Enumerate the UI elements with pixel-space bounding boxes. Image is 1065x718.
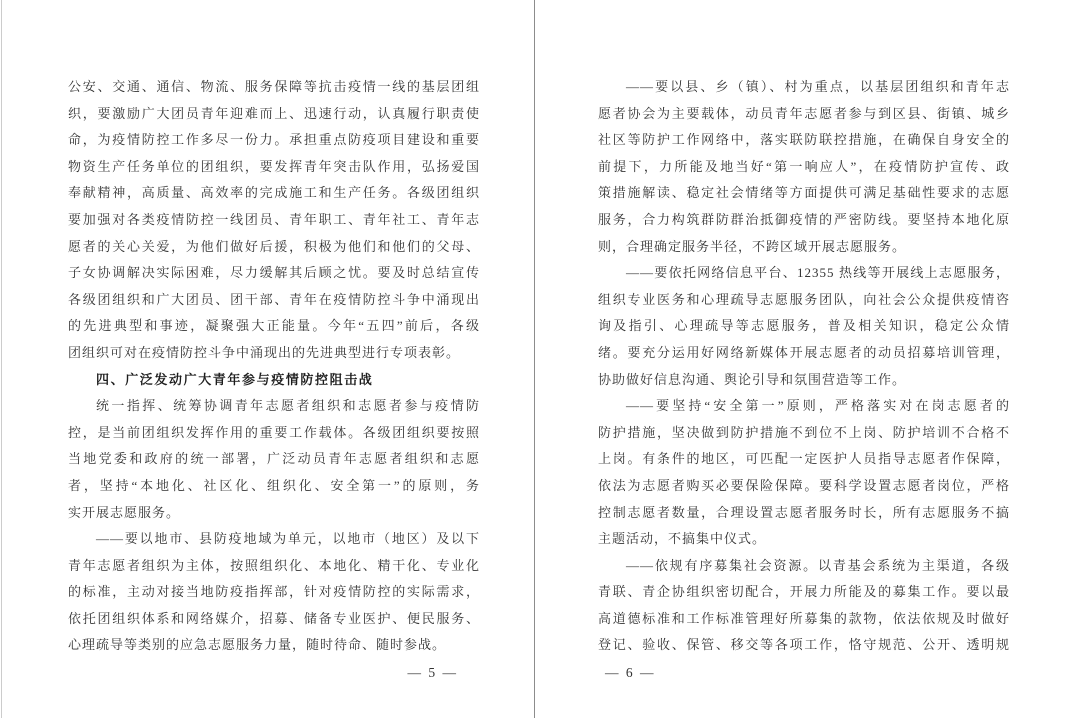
text-line: 控制志愿者数量，合理设置志愿者服务时长，所有志愿服务不搞 bbox=[598, 500, 1010, 527]
text-line: ——依规有序募集社会资源。以青基会系统为主渠道，各级 bbox=[598, 553, 1010, 580]
text-line: 防护措施，坚决做到防护措施不到位不上岗、防护培训不合格不 bbox=[598, 420, 1010, 447]
text-line: 上岗。有条件的地区，可匹配一定医护人员指导志愿者作保障， bbox=[598, 446, 1010, 473]
text-line: 团组织可对在疫情防控斗争中涌现出的先进典型进行专项表彰。 bbox=[68, 340, 480, 367]
scanned-document-spread: { "theme": { "paper": "#ffffff", "ink": … bbox=[0, 0, 1065, 718]
page-number: — 6 — bbox=[598, 660, 1010, 687]
text-line: 子女协调解决实际困难，尽力缓解其后顾之忧。要及时总结宣传 bbox=[68, 260, 480, 287]
text-line: 高道德标准和工作标准管理好所募集的款物，依法依规及时做好 bbox=[598, 606, 1010, 633]
page-6: ——要以县、乡（镇）、村为重点，以基层团组织和青年志愿者协会为主要载体，动员青年… bbox=[598, 0, 1010, 687]
page-5-body: 公安、交通、通信、物流、服务保障等抗击疫情一线的基层团组织，要激励广大团员青年迎… bbox=[68, 74, 480, 659]
page-number: — 5 — bbox=[68, 660, 480, 687]
text-line: ——要以地市、县防疫地域为单元，以地市（地区）及以下 bbox=[68, 526, 480, 553]
text-line: 青联、青企协组织密切配合，开展力所能及的募集工作。要以最 bbox=[598, 579, 1010, 606]
text-line: 控，是当前团组织发挥作用的重要工作载体。各级团组织要按照 bbox=[68, 420, 480, 447]
text-line: 公安、交通、通信、物流、服务保障等抗击疫情一线的基层团组 bbox=[68, 74, 480, 101]
text-line: 当地党委和政府的统一部署，广泛动员青年志愿者组织和志愿 bbox=[68, 446, 480, 473]
text-line: 命，为疫情防控工作多尽一份力。承担重点防疫项目建设和重要 bbox=[68, 127, 480, 154]
text-line: 愿者的关心关爱，为他们做好后援，积极为他们和他们的父母、 bbox=[68, 234, 480, 261]
text-line: 各级团组织和广大团员、团干部、青年在疫情防控斗争中涌现出 bbox=[68, 287, 480, 314]
text-line: 协助做好信息沟通、舆论引导和氛围营造等工作。 bbox=[598, 367, 1010, 394]
text-line: 的标准，主动对接当地防疫指挥部，针对疫情防控的实际需求， bbox=[68, 579, 480, 606]
text-line: 织，要激励广大团员青年迎难而上、迅速行动，认真履行职责使 bbox=[68, 101, 480, 128]
text-line: ——要坚持“安全第一”原则，严格落实对在岗志愿者的 bbox=[598, 393, 1010, 420]
text-line: 前提下，力所能及地当好“第一响应人”，在疫情防护宣传、政 bbox=[598, 154, 1010, 181]
text-line: 依托团组织体系和网络媒介，招募、储备专业医护、便民服务、 bbox=[68, 606, 480, 633]
page-divider-line bbox=[534, 0, 535, 718]
scan-left-edge-line bbox=[1, 0, 2, 718]
text-line: 社区等防护工作网络中，落实联防联控措施，在确保自身安全的 bbox=[598, 127, 1010, 154]
text-line: 者，坚持“本地化、社区化、组织化、安全第一”的原则，务 bbox=[68, 473, 480, 500]
text-line: ——要依托网络信息平台、12355 热线等开展线上志愿服务， bbox=[598, 260, 1010, 287]
text-line: 策措施解读、稳定社会情绪等方面提供可满足基础性要求的志愿 bbox=[598, 180, 1010, 207]
text-line: 的先进典型和事迹，凝聚强大正能量。今年“五四”前后，各级 bbox=[68, 313, 480, 340]
text-line: 实开展志愿服务。 bbox=[68, 500, 480, 527]
text-line: 则，合理确定服务半径，不跨区域开展志愿服务。 bbox=[598, 234, 1010, 261]
text-line: 服务，合力构筑群防群治抵御疫情的严密防线。要坚持本地化原 bbox=[598, 207, 1010, 234]
text-line: 要加强对各类疫情防控一线团员、青年职工、青年社工、青年志 bbox=[68, 207, 480, 234]
text-line: 组织专业医务和心理疏导志愿服务团队，向社会公众提供疫情咨 bbox=[598, 287, 1010, 314]
page-5: 公安、交通、通信、物流、服务保障等抗击疫情一线的基层团组织，要激励广大团员青年迎… bbox=[68, 0, 480, 687]
text-line: 统一指挥、统筹协调青年志愿者组织和志愿者参与疫情防 bbox=[68, 393, 480, 420]
page-6-body: ——要以县、乡（镇）、村为重点，以基层团组织和青年志愿者协会为主要载体，动员青年… bbox=[598, 74, 1010, 659]
text-line: 绪。要充分运用好网络新媒体开展志愿者的动员招募培训管理， bbox=[598, 340, 1010, 367]
text-line: 登记、验收、保管、移交等各项工作，恪守规范、公开、透明规 bbox=[598, 632, 1010, 659]
text-line: 物资生产任务单位的团组织，要发挥青年突击队作用，弘扬爱国 bbox=[68, 154, 480, 181]
text-line: 奉献精神，高质量、高效率的完成施工和生产任务。各级团组织 bbox=[68, 180, 480, 207]
text-line: 愿者协会为主要载体，动员青年志愿者参与到区县、街镇、城乡 bbox=[598, 101, 1010, 128]
text-line: 心理疏导等类别的应急志愿服务力量，随时待命、随时参战。 bbox=[68, 632, 480, 659]
text-line: ——要以县、乡（镇）、村为重点，以基层团组织和青年志 bbox=[598, 74, 1010, 101]
text-line: 青年志愿者组织为主体，按照组织化、本地化、精干化、专业化 bbox=[68, 553, 480, 580]
text-line: 依法为志愿者购买必要保险保障。要科学设置志愿者岗位，严格 bbox=[598, 473, 1010, 500]
text-line: 主题活动，不搞集中仪式。 bbox=[598, 526, 1010, 553]
text-line: 询及指引、心理疏导等志愿服务，普及相关知识，稳定公众情 bbox=[598, 313, 1010, 340]
section-heading: 四、广泛发动广大青年参与疫情防控阻击战 bbox=[68, 367, 480, 394]
